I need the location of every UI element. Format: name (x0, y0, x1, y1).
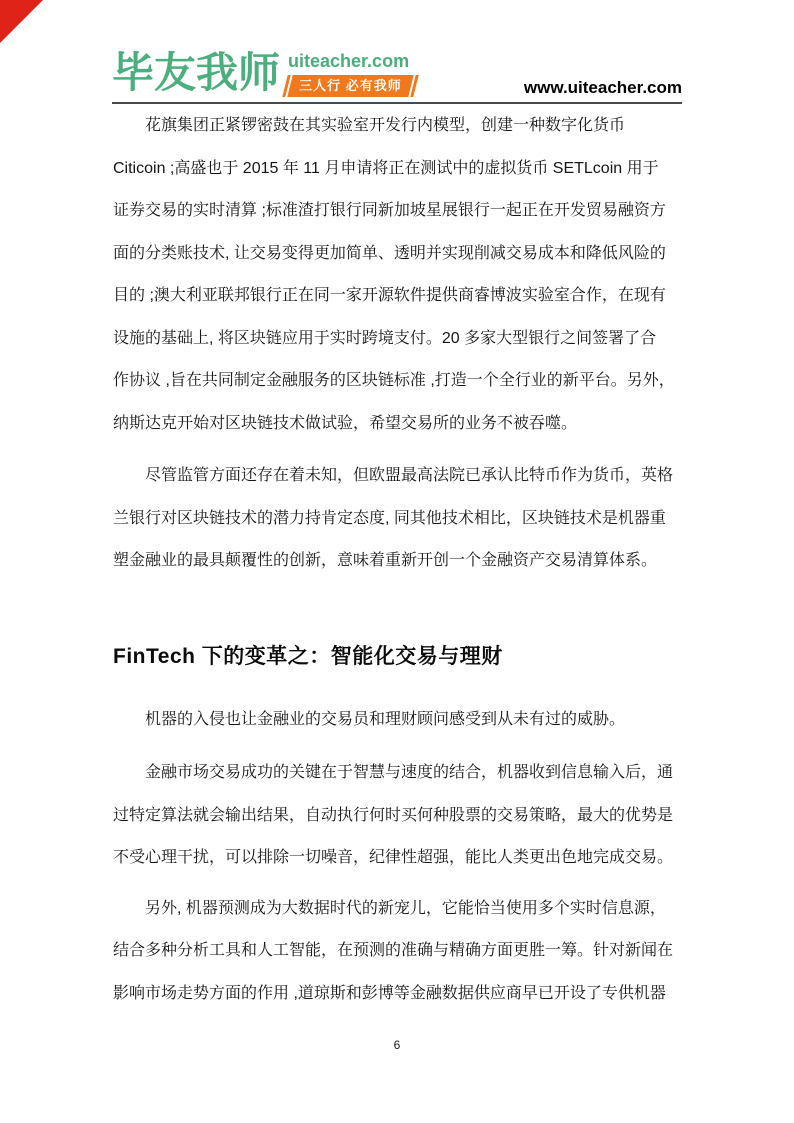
red-corner-triangle-icon (0, 0, 43, 43)
section-heading: FinTech 下的变革之：智能化交易与理财 (113, 641, 681, 673)
logo: 毕友我师 uiteacher.com 三人行 必有我师 (112, 46, 413, 100)
logo-text: 毕友我师 (112, 46, 280, 100)
paragraph-machine-prediction: 另外, 机器预测成为大数据时代的新宠儿，它能恰当使用多个实时信息源， 结合多种分… (113, 888, 681, 1016)
document-body: 花旗集团正紧锣密鼓在其实验室开发行内模型，创建一种数字化货币 Citicoin … (113, 100, 681, 1015)
paragraph-machine-threat: 机器的入侵也让金融业的交易员和理财顾问感受到从未有过的威胁。 (113, 699, 681, 742)
page-header: 毕友我师 uiteacher.com 三人行 必有我师 www.uiteache… (112, 42, 682, 100)
paragraph-regulation: 尽管监管方面还存在着未知，但欧盟最高法院已承认比特币作为货币，英格 兰银行对区块… (113, 455, 681, 583)
logo-slogan-banner: 三人行 必有我师 (285, 75, 415, 97)
logo-right-block: uiteacher.com 三人行 必有我师 (288, 49, 413, 97)
logo-slogan-text: 三人行 必有我师 (299, 77, 402, 94)
logo-domain-text: uiteacher.com (288, 49, 413, 73)
website-url: www.uiteacher.com (524, 78, 682, 98)
page-number: 6 (0, 1038, 794, 1052)
paragraph-blockchain-banks: 花旗集团正紧锣密鼓在其实验室开发行内模型，创建一种数字化货币 Citicoin … (113, 105, 681, 445)
document-page: 毕友我师 uiteacher.com 三人行 必有我师 www.uiteache… (0, 0, 794, 1123)
paragraph-trading-keys: 金融市场交易成功的关键在于智慧与速度的结合，机器收到信息输入后，通 过特定算法就… (113, 752, 681, 880)
